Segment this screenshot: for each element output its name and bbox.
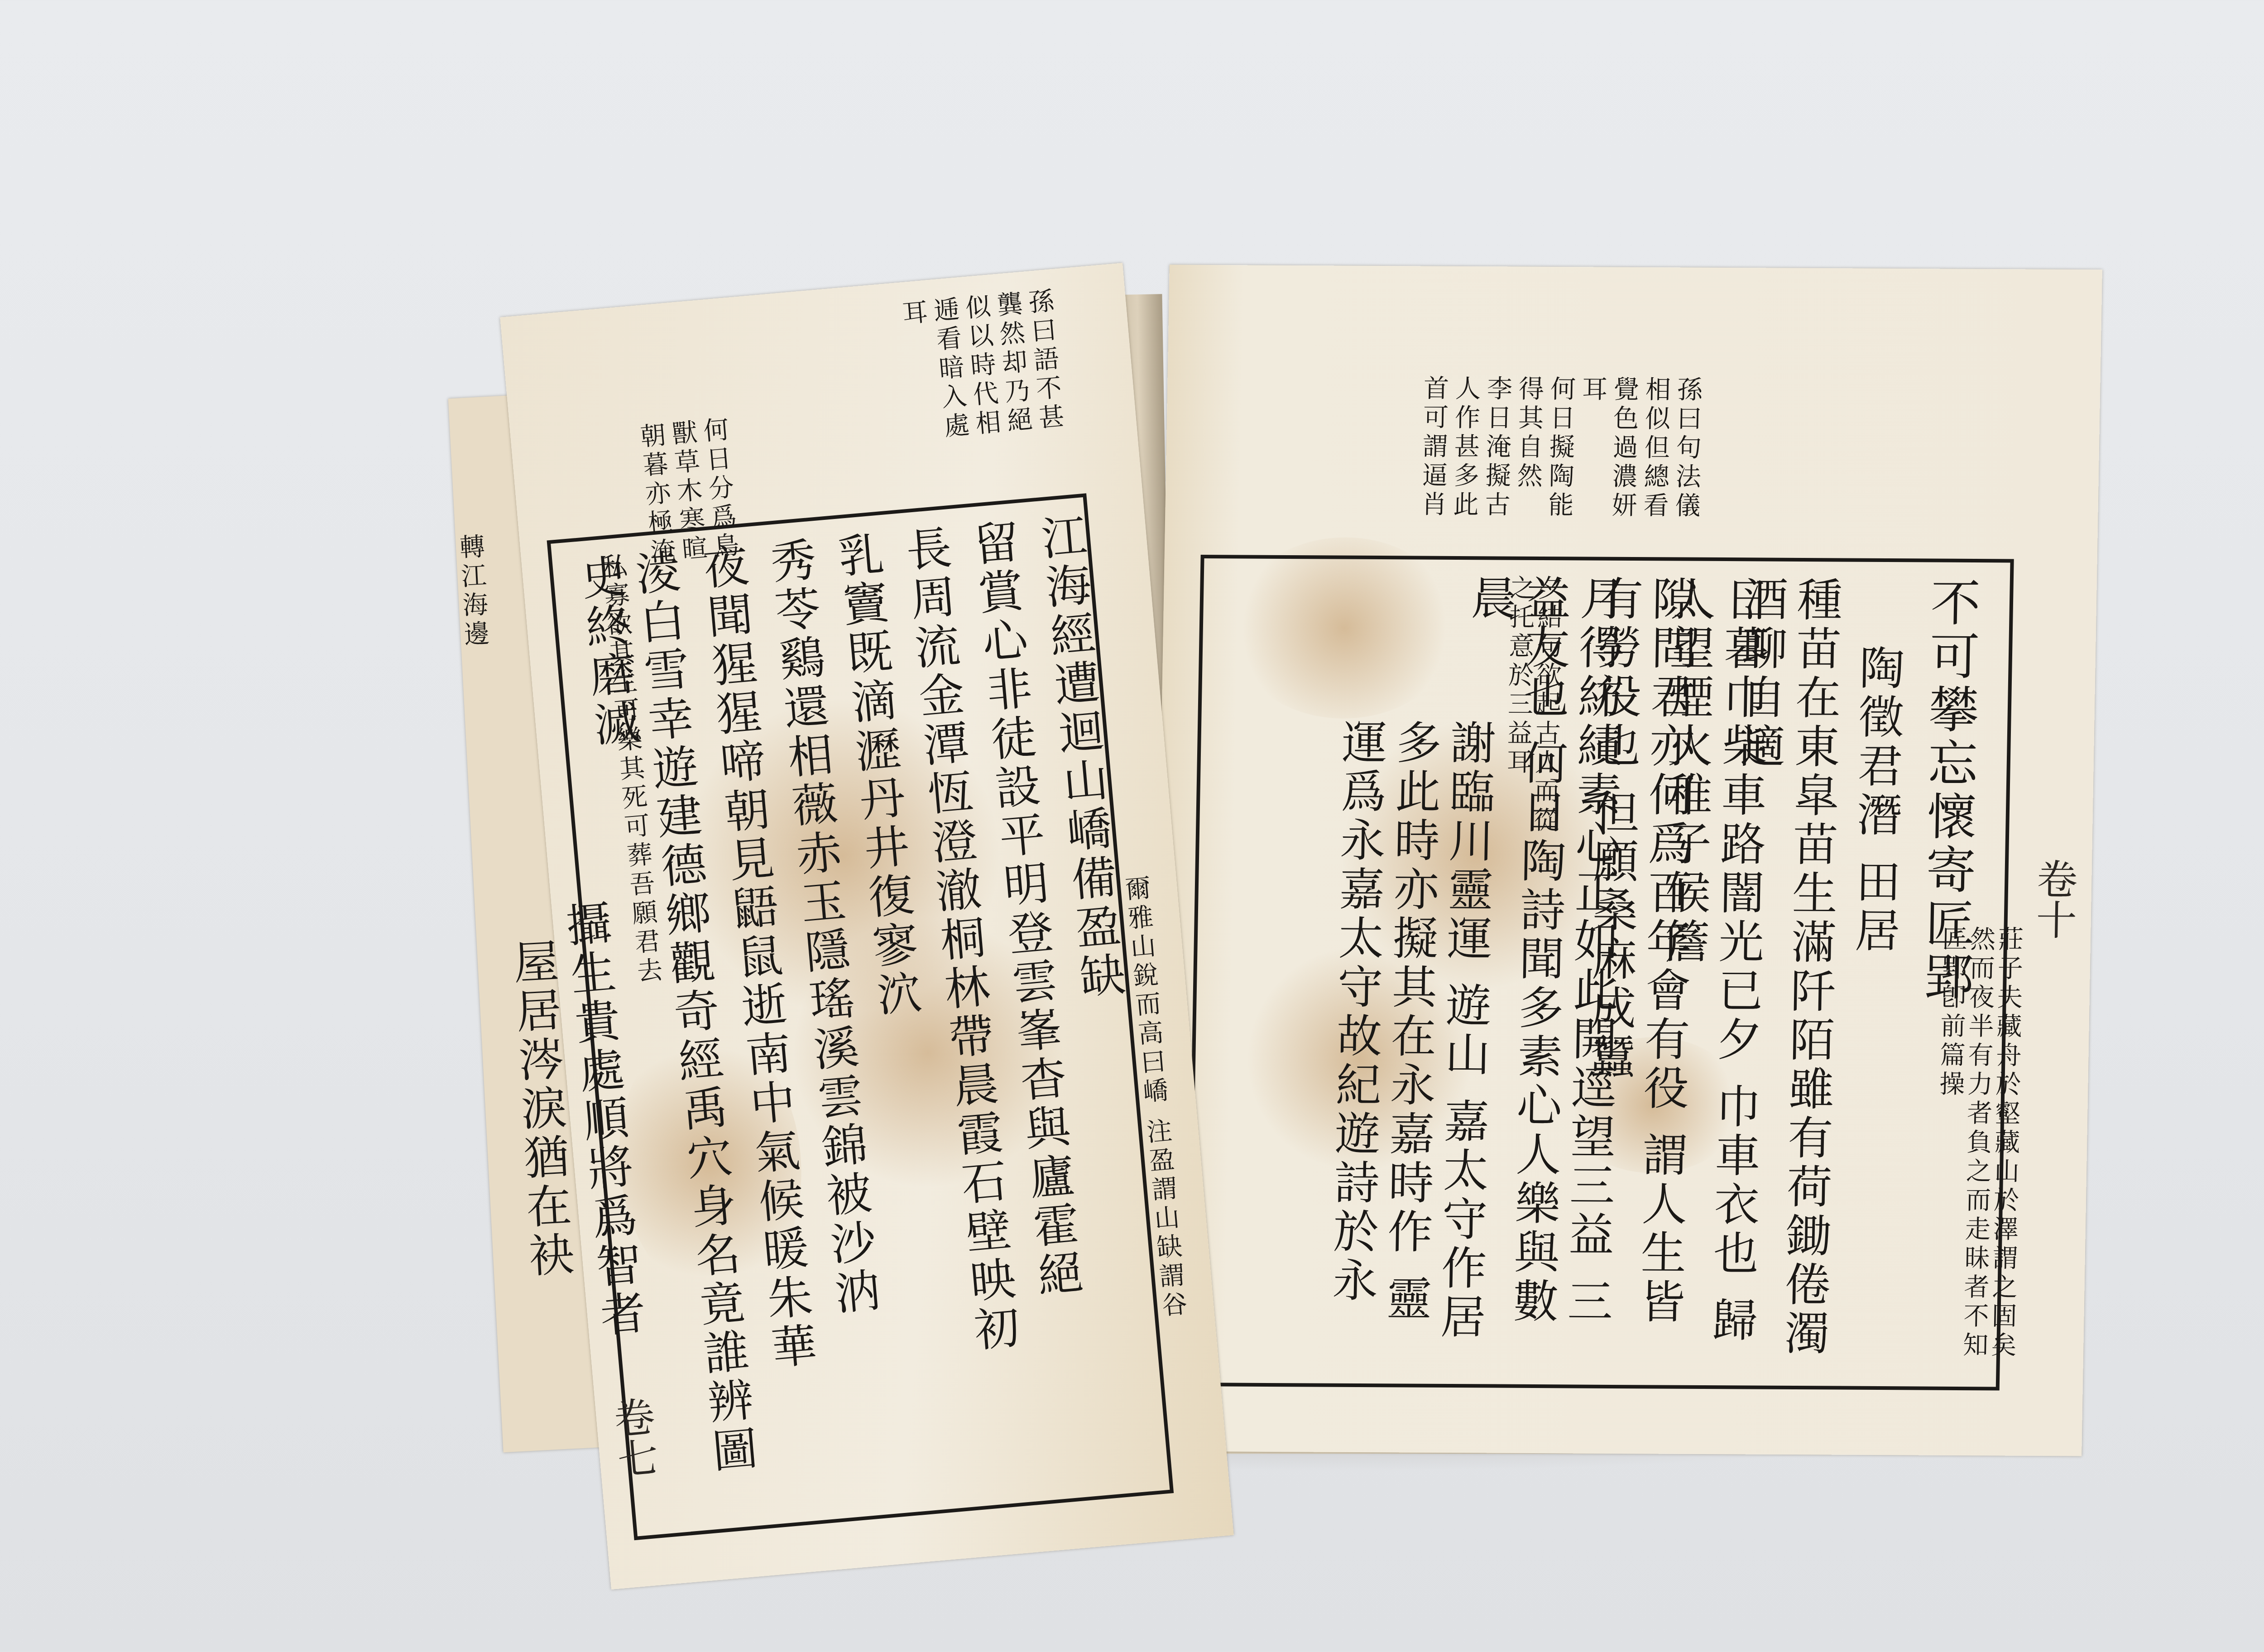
annotation-column: 莊子夫藏舟於壑藏山於澤謂之固矣然而夜半有力者負之而走昧者不知匠郢卽前篇操: [1931, 926, 2023, 1379]
commentary-line: 耳: [1578, 375, 1608, 404]
commentary-line: 孫曰句法儀: [1671, 376, 1703, 521]
left-page: 孫曰語不甚 龔然却乃絕 似以時代相 逓看暗入處 耳 何日分爲鳥 獸草木寒暄 朝暮…: [500, 263, 1234, 1590]
commentary-line: 首可謂逼肖: [1417, 375, 1449, 520]
commentary-line: 人作甚多此: [1449, 375, 1481, 520]
fragment-text: 轉江海邊: [455, 533, 490, 650]
right-page: 孫曰句法儀 相似但總看 覺色過濃妍 耳 何日擬陶能 得其自然 李日淹擬古 人作甚…: [1149, 265, 2102, 1456]
commentary-line: 相似但總看: [1639, 376, 1671, 521]
commentary-line: 何日擬陶能: [1544, 375, 1576, 520]
text-column: 陶徵君潛 田居: [1845, 644, 1905, 1007]
commentary-line: 李日淹擬古: [1481, 375, 1513, 520]
text-column: 謝臨川靈運 遊山 嘉太守作居多此時亦擬其在永嘉時作 靈運爲永嘉太守故紀遊詩於永: [1323, 719, 1497, 1354]
annotation-column: 夕結句欲起古人而從之托意於三益耳: [1502, 575, 1563, 847]
margin-label: 卷七: [599, 1394, 665, 1481]
commentary-line: 耳: [897, 298, 929, 329]
commentary-line: 覺色過濃妍: [1607, 376, 1640, 521]
upper-commentary: 孫曰句法儀: [1671, 376, 1702, 548]
book-photo: 孫曰句法儀 相似但總看 覺色過濃妍 耳 何日擬陶能 得其自然 李日淹擬古 人作甚…: [0, 0, 2264, 1652]
margin-label: 卷十: [2023, 858, 2083, 940]
commentary-line: 得其自然: [1513, 375, 1544, 491]
